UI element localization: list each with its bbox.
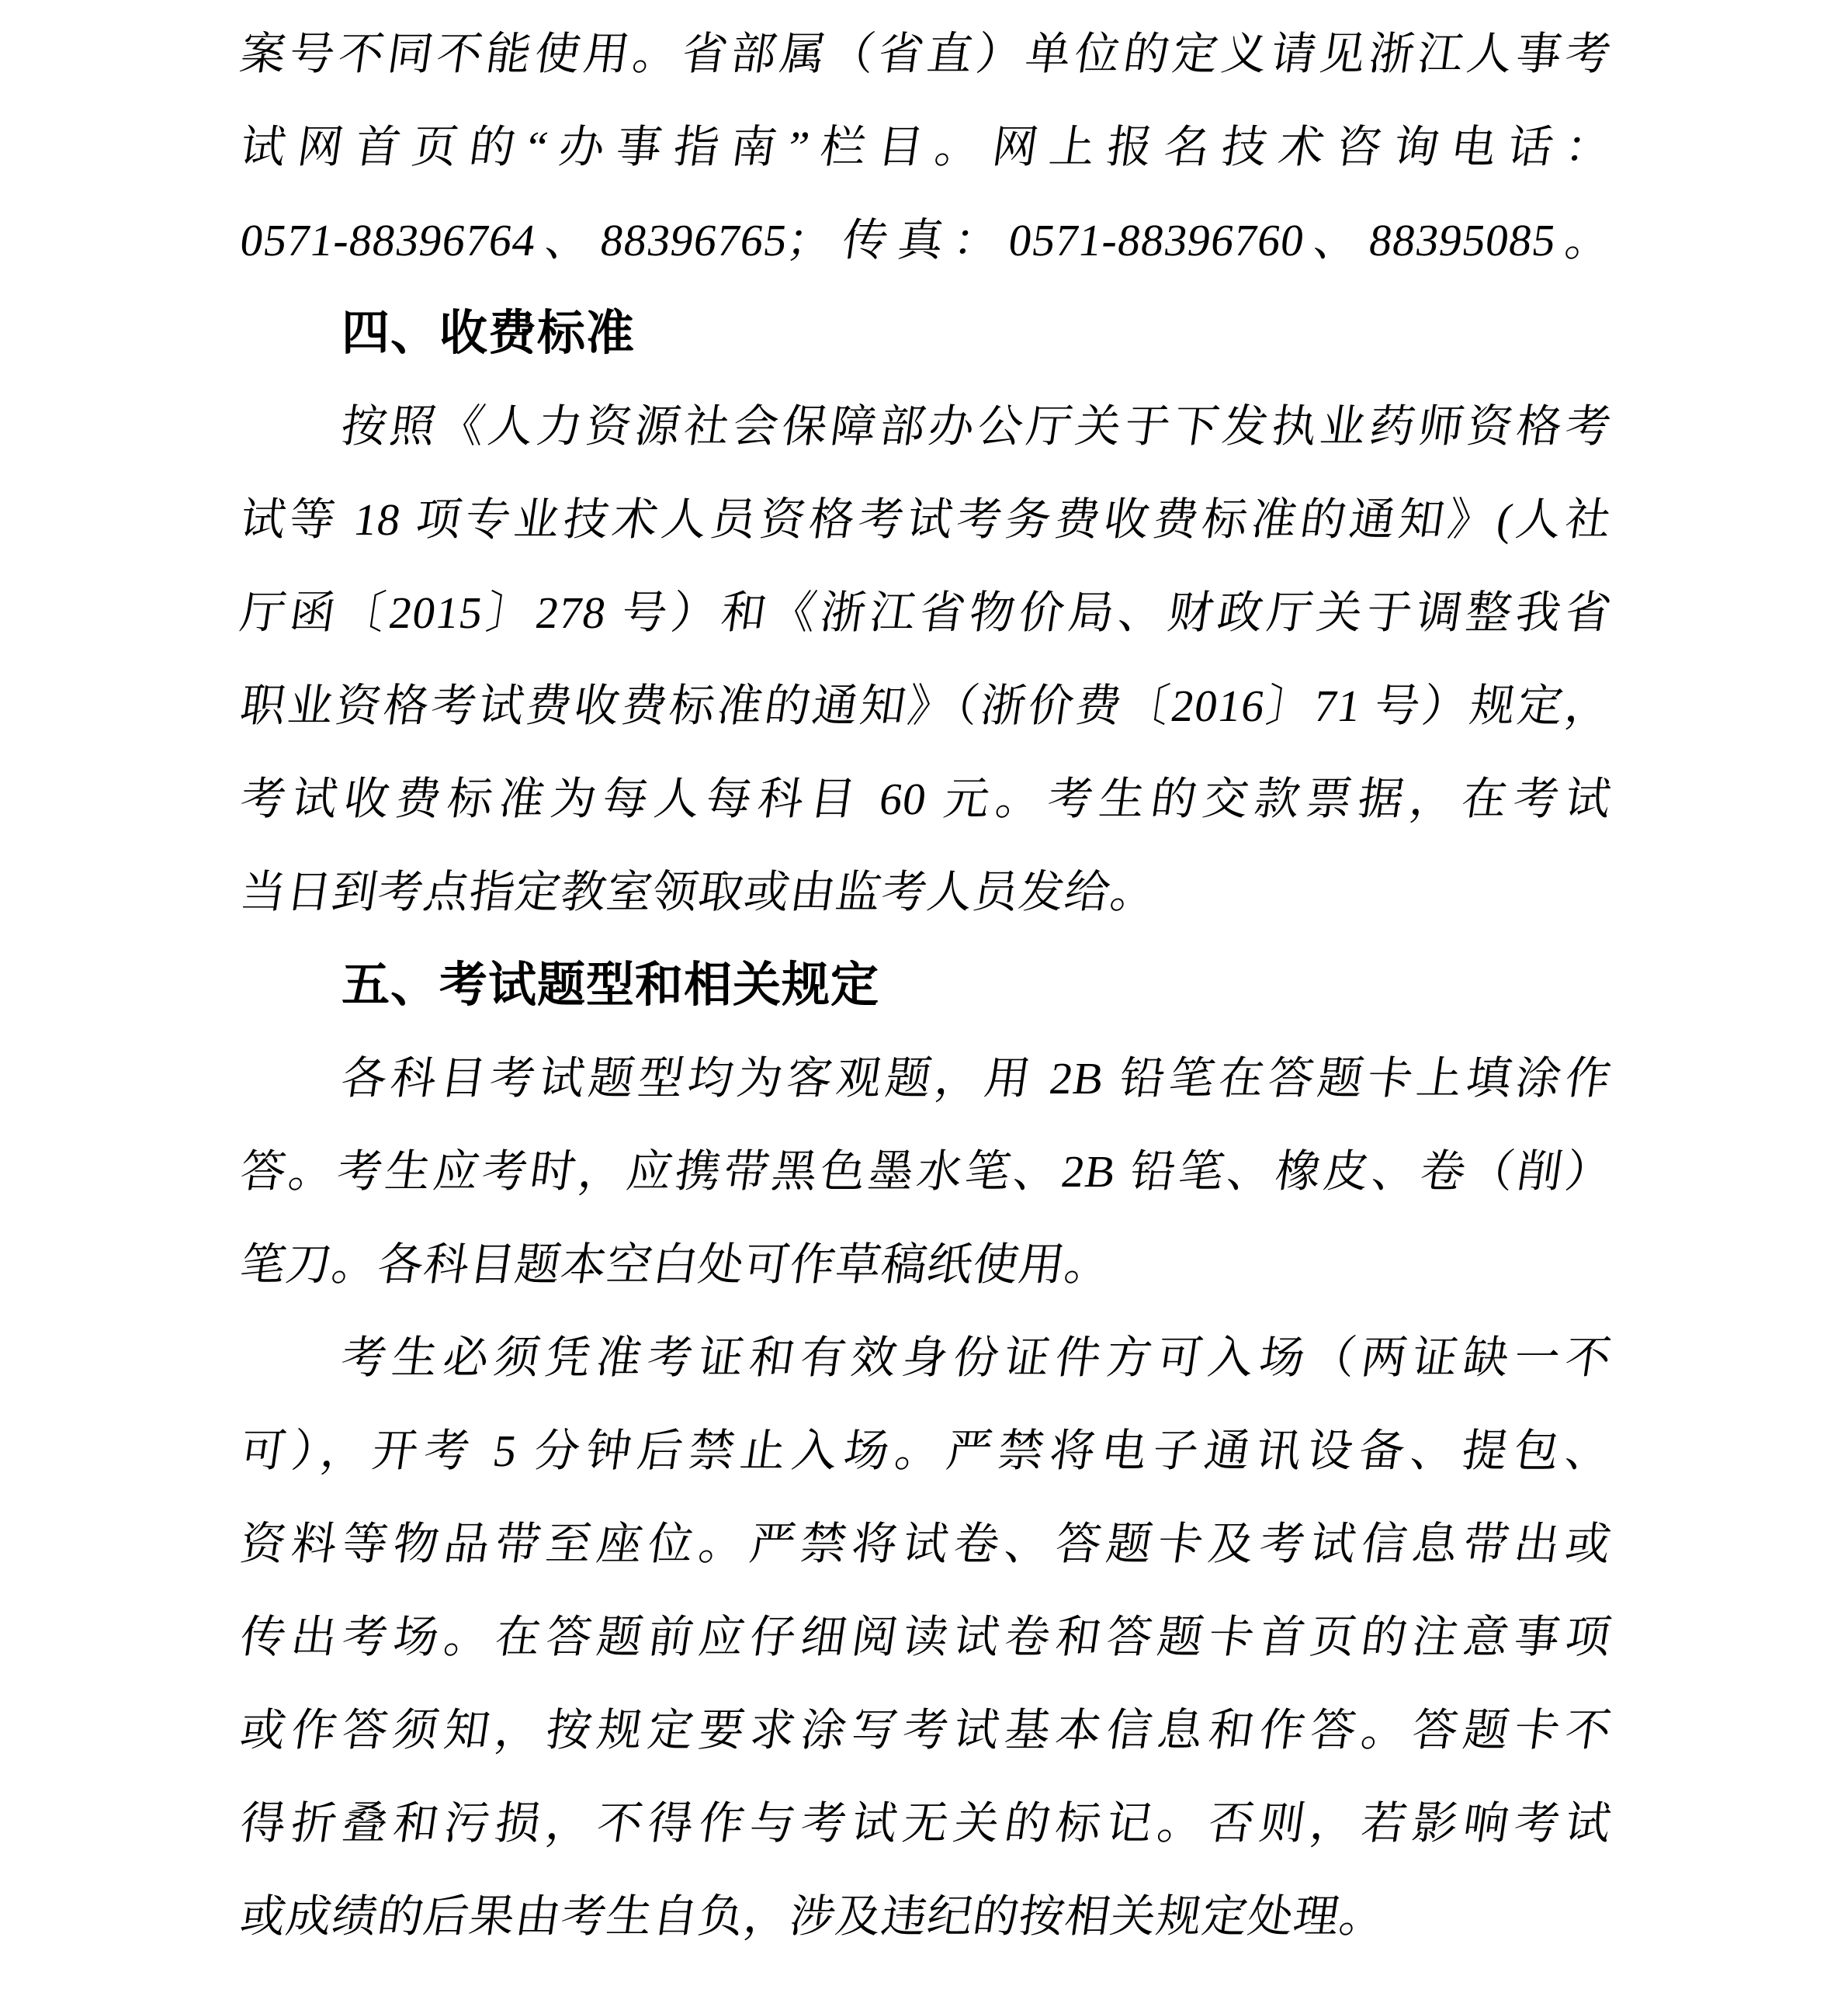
text-line: 资料等物品带至座位。严禁将试卷、答题卡及考试信息带出或 xyxy=(234,1498,1618,1591)
document-body: 案号不同不能使用。省部属（省直）单位的定义请见浙江人事考试网首页的“办事指南”栏… xyxy=(241,8,1611,1963)
text-line: 考生必须凭准考证和有效身份证件方可入场（两证缺一不 xyxy=(234,1312,1618,1405)
heading-section-5-question-types: 五、考试题型和相关规定 xyxy=(241,939,1611,1032)
text-line: 考试收费标准为每人每科目 60 元。考生的交款票据，在考试 xyxy=(234,753,1618,846)
text-line: 试等 18 项专业技术人员资格考试考务费收费标准的通知》(人社 xyxy=(234,473,1618,567)
text-line: 或作答须知，按规定要求涂写考试基本信息和作答。答题卡不 xyxy=(234,1684,1618,1777)
document-page: 案号不同不能使用。省部属（省直）单位的定义请见浙江人事考试网首页的“办事指南”栏… xyxy=(0,0,1848,1996)
text-line: 0571-88396764、88396765；传真：0571-88396760、… xyxy=(234,194,1618,287)
text-line: 按照《人力资源社会保障部办公厅关于下发执业药师资格考 xyxy=(234,380,1618,473)
text-line: 传出考场。在答题前应仔细阅读试卷和答题卡首页的注意事项 xyxy=(234,1591,1618,1684)
heading-section-4-fee-standard: 四、收费标准 xyxy=(241,287,1611,380)
text-line: 可），开考 5 分钟后禁止入场。严禁将电子通讯设备、提包、 xyxy=(234,1405,1618,1498)
text-line: 答。考生应考时，应携带黑色墨水笔、2B 铅笔、橡皮、卷（削） xyxy=(234,1125,1618,1218)
text-line: 当日到考点指定教室领取或由监考人员发给。 xyxy=(234,846,1618,939)
text-line: 笔刀。各科目题本空白处可作草稿纸使用。 xyxy=(234,1218,1618,1312)
text-line: 试网首页的“办事指南”栏目。网上报名技术咨询电话： xyxy=(234,101,1618,194)
text-line: 得折叠和污损，不得作与考试无关的标记。否则，若影响考试 xyxy=(234,1777,1618,1870)
text-line: 职业资格考试费收费标准的通知》（浙价费〔2016〕71 号）规定， xyxy=(234,660,1618,753)
text-line: 或成绩的后果由考生自负，涉及违纪的按相关规定处理。 xyxy=(234,1870,1618,1963)
text-line: 案号不同不能使用。省部属（省直）单位的定义请见浙江人事考 xyxy=(234,8,1618,101)
text-line: 厅函〔2015〕278 号）和《浙江省物价局、财政厅关于调整我省 xyxy=(234,567,1618,660)
text-line: 各科目考试题型均为客观题，用 2B 铅笔在答题卡上填涂作 xyxy=(234,1032,1618,1125)
